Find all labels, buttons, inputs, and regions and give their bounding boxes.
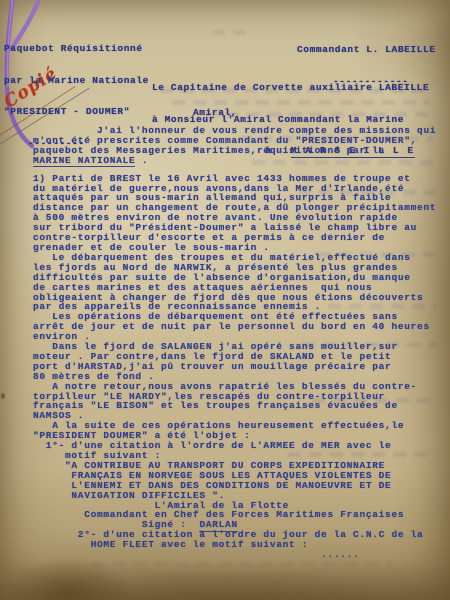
salutation: Amiral,: [193, 108, 237, 119]
ship-name: "PRESIDENT - DOUMER": [4, 107, 149, 118]
paragraph-citation-armee-de-mer: A la suite de ces opérations heureusemen…: [33, 421, 447, 520]
paragraph-brest-submarine: 1) Parti de BREST le 16 Avril avec 1433 …: [33, 174, 447, 253]
addressee-line-1: Le Capitaine de Corvette auxiliaire LABE…: [152, 83, 429, 94]
paragraph-fjords-anchorage: Dans le fjord de SALANGEN j'ai opéré san…: [33, 342, 447, 382]
document-photo: Copié Paquebot Réquisitionné par la Mari…: [0, 0, 450, 600]
intro-tail: .: [135, 155, 148, 166]
paragraph-repatriation: A notre retour,nous avons rapatrié les b…: [33, 382, 447, 422]
intro-last-line: MARINE NATIONALE .: [33, 156, 447, 166]
paragraph-operations-40h: Les opérations de débarquement ont été e…: [33, 312, 447, 342]
commander-name: Commandant L. LABEILLE: [297, 45, 436, 56]
sender-line-1: Paquebot Réquisitionné: [4, 44, 149, 55]
marine-nationale-underlined: MARINE NATIONALE: [33, 155, 135, 168]
paragraph-citation-home-fleet: 2°- d'une citation à l'ordre du jour de …: [33, 530, 447, 560]
paper-speck: [1, 393, 5, 399]
intro-paragraph: J'ai l'honneur de vous rendre compte des…: [33, 126, 447, 156]
paragraph-narwik-landing: Le débarquement des troupes et du matéri…: [33, 253, 447, 312]
sender-line-2: par la Marine Nationale: [4, 76, 149, 87]
report-body: J'ai l'honneur de vous rendre compte des…: [33, 126, 447, 560]
